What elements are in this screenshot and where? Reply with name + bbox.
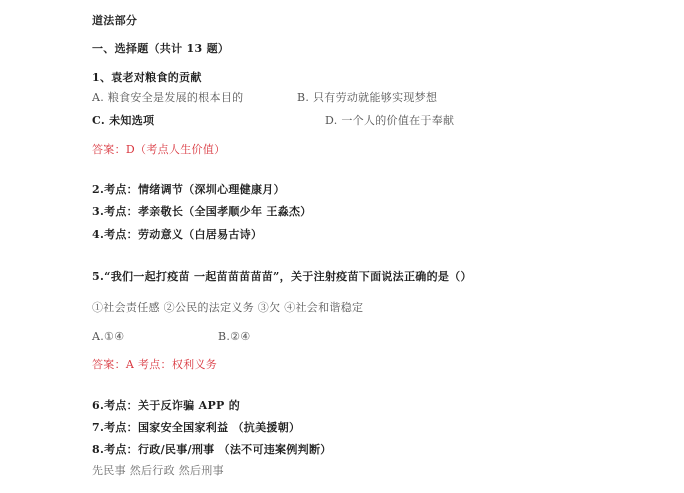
question-5-option-b: B.②④ — [218, 330, 251, 344]
point-2: 2.考点：情绪调节（深圳心理健康月） — [92, 183, 285, 197]
question-5-statements: ①社会责任感 ②公民的法定义务 ③欠 ④社会和谐稳定 — [92, 301, 363, 315]
point-8: 8.考点：行政/民事/刑事 （法不可违案例判断） — [92, 443, 332, 457]
question-1-option-a: A. 粮食安全是发展的根本目的 — [92, 91, 243, 105]
section-title: 道法部分 — [92, 14, 137, 28]
point-6: 6.考点：关于反诈骗 APP 的 — [92, 399, 240, 413]
part-heading: 一、选择题（共计 13 题） — [92, 42, 229, 56]
question-1-option-d: D. 一个人的价值在于奉献 — [325, 114, 454, 128]
question-5-option-a: A.①④ — [92, 330, 124, 344]
question-1-stem: 1、袁老对粮食的贡献 — [92, 71, 202, 85]
point-8-note: 先民事 然后行政 然后刑事 — [92, 464, 224, 478]
point-7: 7.考点：国家安全国家利益 （抗美援朝） — [92, 421, 300, 435]
point-3: 3.考点：孝亲敬长（全国孝顺少年 王淼杰） — [92, 205, 312, 219]
question-5-answer: 答案：A 考点：权利义务 — [92, 358, 217, 372]
point-4: 4.考点：劳动意义（白居易古诗） — [92, 228, 262, 242]
question-1-option-b: B. 只有劳动就能够实现梦想 — [297, 91, 437, 105]
question-1-option-c: C. 未知选项 — [92, 114, 154, 128]
question-1-answer: 答案：D（考点人生价值） — [92, 143, 225, 157]
question-5-stem: 5.“我们一起打疫苗 一起苗苗苗苗苗”，关于注射疫苗下面说法正确的是（） — [92, 270, 472, 284]
